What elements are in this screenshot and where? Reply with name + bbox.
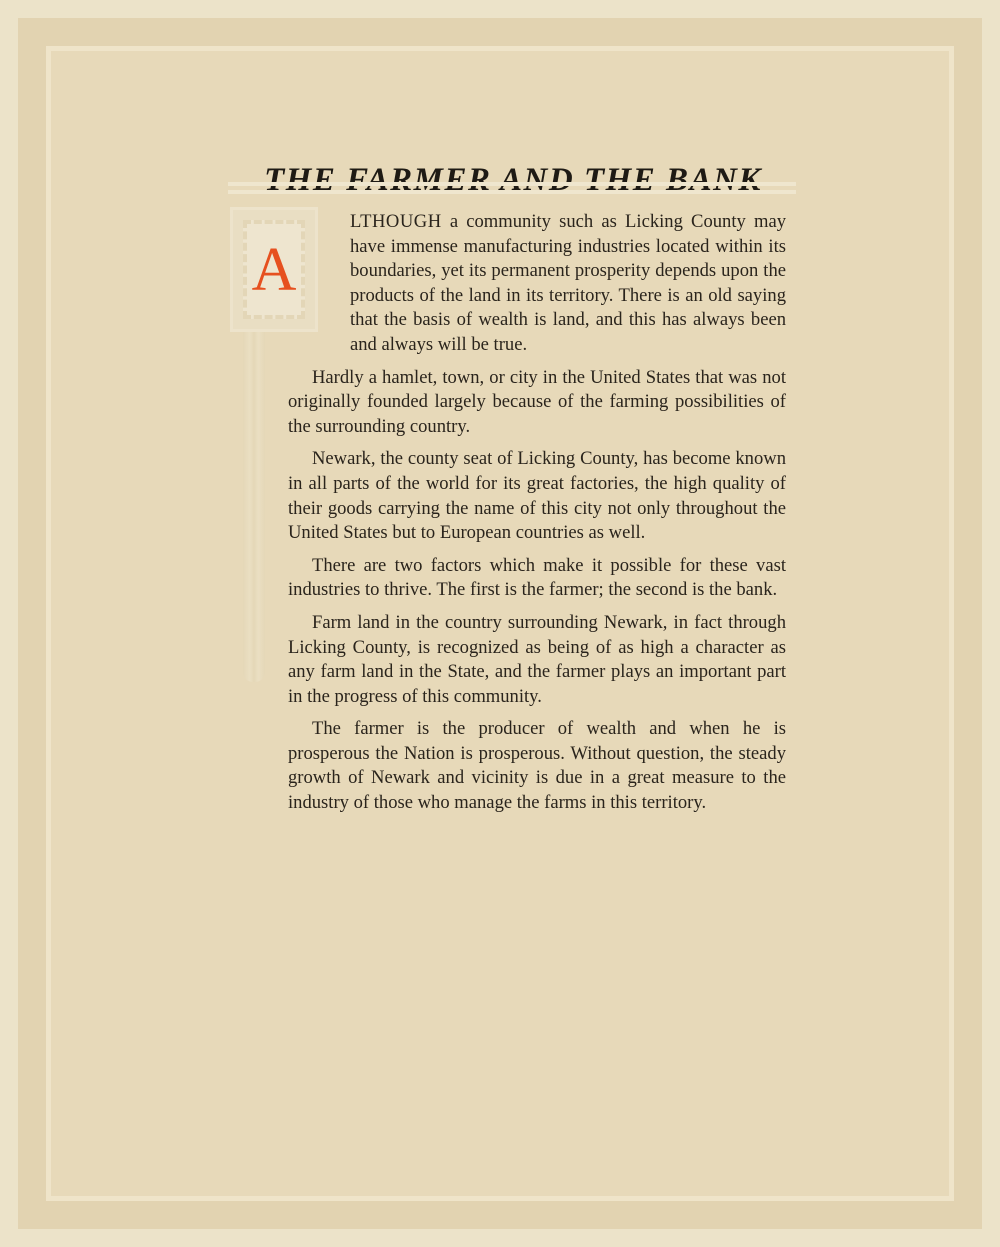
paragraph-5: Farm land in the country surrounding New… — [288, 611, 786, 709]
drop-cap-decorative-stem-icon — [243, 332, 265, 682]
paragraph-6: The farmer is the producer of wealth and… — [288, 717, 786, 815]
title-underline-rule — [228, 182, 796, 186]
lead-word: LTHOUGH — [350, 211, 442, 232]
paragraph-4: There are two factors which make it poss… — [288, 554, 786, 603]
paragraph-1: LTHOUGH a community such as Licking Coun… — [288, 210, 786, 358]
paragraph-2: Hardly a hamlet, town, or city in the Un… — [288, 366, 786, 440]
article-body: LTHOUGH a community such as Licking Coun… — [288, 210, 786, 824]
paragraph-text: a community such as Licking County may h… — [350, 211, 786, 355]
drop-cap-spacer — [288, 210, 350, 357]
title-underline-rule — [228, 190, 796, 194]
paragraph-3: Newark, the county seat of Licking Count… — [288, 447, 786, 545]
